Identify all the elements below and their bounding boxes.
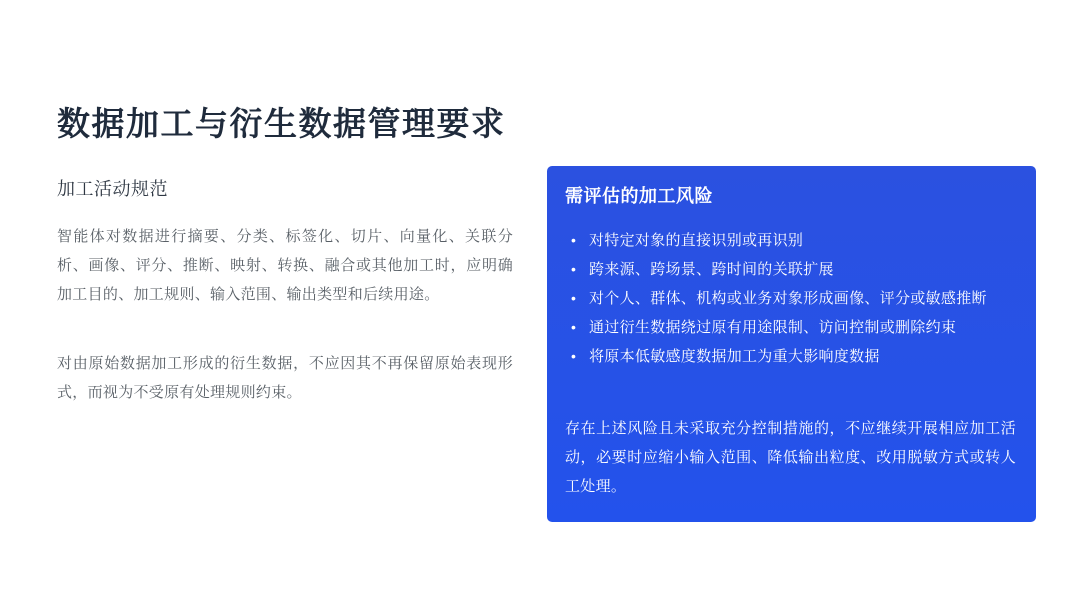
slide: 数据加工与衍生数据管理要求 加工活动规范 智能体对数据进行摘要、分类、标签化、切… bbox=[0, 0, 1080, 608]
list-item: • 将原本低敏感度数据加工为重大影响度数据 bbox=[565, 342, 1016, 371]
page-title: 数据加工与衍生数据管理要求 bbox=[57, 102, 506, 146]
panel-heading-risks: 需评估的加工风险 bbox=[565, 183, 1016, 209]
list-item: • 通过衍生数据绕过原有用途限制、访问控制或删除约束 bbox=[565, 313, 1016, 342]
list-item: • 对个人、群体、机构或业务对象形成画像、评分或敏感推断 bbox=[565, 284, 1016, 313]
bullet-icon: • bbox=[565, 255, 589, 284]
risk-item-text: 通过衍生数据绕过原有用途限制、访问控制或删除约束 bbox=[589, 313, 1016, 342]
risk-item-text: 跨来源、跨场景、跨时间的关联扩展 bbox=[589, 255, 1016, 284]
processing-rules-section: 加工活动规范 智能体对数据进行摘要、分类、标签化、切片、向量化、关联分析、画像、… bbox=[57, 176, 513, 422]
risk-item-text: 对个人、群体、机构或业务对象形成画像、评分或敏感推断 bbox=[589, 284, 1016, 313]
risk-item-text: 将原本低敏感度数据加工为重大影响度数据 bbox=[589, 342, 1016, 371]
processing-rules-paragraph-2: 对由原始数据加工形成的衍生数据，不应因其不再保留原始表现形式，而视为不受原有处理… bbox=[57, 349, 513, 407]
list-item: • 对特定对象的直接识别或再识别 bbox=[565, 226, 1016, 255]
bullet-icon: • bbox=[565, 313, 589, 342]
processing-rules-paragraph-1: 智能体对数据进行摘要、分类、标签化、切片、向量化、关联分析、画像、评分、推断、映… bbox=[57, 222, 513, 309]
risk-item-text: 对特定对象的直接识别或再识别 bbox=[589, 226, 1016, 255]
risk-bullet-list: • 对特定对象的直接识别或再识别 • 跨来源、跨场景、跨时间的关联扩展 • 对个… bbox=[565, 226, 1016, 371]
bullet-icon: • bbox=[565, 284, 589, 313]
risk-mitigation-note: 存在上述风险且未采取充分控制措施的，不应继续开展相应加工活动，必要时应缩小输入范… bbox=[565, 414, 1016, 501]
section-heading-processing-rules: 加工活动规范 bbox=[57, 176, 513, 202]
risk-assessment-panel: 需评估的加工风险 • 对特定对象的直接识别或再识别 • 跨来源、跨场景、跨时间的… bbox=[547, 166, 1036, 522]
bullet-icon: • bbox=[565, 342, 589, 371]
bullet-icon: • bbox=[565, 226, 589, 255]
list-item: • 跨来源、跨场景、跨时间的关联扩展 bbox=[565, 255, 1016, 284]
